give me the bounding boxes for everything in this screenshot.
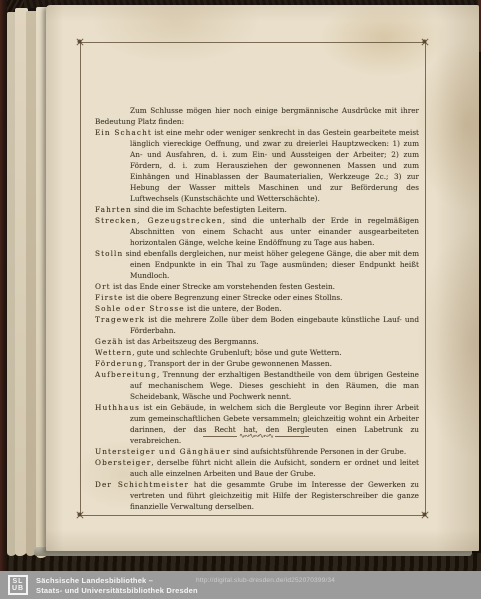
intro-line: Zum Schlusse mögen hier noch einige berg… [95,105,419,127]
glossary-text: Zum Schlusse mögen hier noch einige berg… [95,105,419,512]
glossary-definition: ist die obere Begrenzung einer Strecke o… [123,293,342,302]
library-name-line1: Sächsische Landesbibliothek – [36,576,198,586]
frame-corner-ornament [75,37,86,48]
glossary-entry: Ort ist das Ende einer Strecke am vorste… [95,281,419,292]
glossary-entry: Obersteiger, derselbe führt nicht allein… [95,457,419,479]
book-spine [0,0,7,578]
frame-corner-ornament [75,510,86,521]
glossary-term: Sohle oder Strosse [95,304,185,313]
glossary-entry: Wettern, gute und schlechte Grubenluft; … [95,347,419,358]
glossary-definition: , derselbe führt nicht allein die Aufsic… [130,458,419,478]
glossary-definition: ist die untere, der Boden. [185,304,282,313]
glossary-entry: Der Schichtmeister hat die gesammte Grub… [95,479,419,512]
glossary-entry: Förderung, Transport der in der Grube ge… [95,358,419,369]
glossary-entry: Tragewerk ist die mehrere Zolle über dem… [95,314,419,336]
glossary-term: Wettern [95,348,132,357]
glossary-term: Obersteiger [95,458,151,467]
glossary-definition: sind aufsichtsführende Personen in der G… [231,447,406,456]
glossary-term: Förderung [95,359,144,368]
glossary-definition: ist die mehrere Zolle über dem Boden ein… [130,315,419,335]
glossary-term: Huthhaus [95,403,140,412]
divider-rule [275,436,309,437]
ornament-divider: ∿∾∿∾∿∾∿ [178,430,334,442]
glossary-term: Aufbereitung [95,370,157,379]
glossary-term: Der Schichtmeister [95,480,189,489]
slub-logo: SL UB [8,575,28,595]
glossary-definition: , Trennung der erzhaltigen Bestandtheile… [130,370,419,401]
glossary-entry: Fahrten sind die im Schachte befestigten… [95,204,419,215]
book-scan-viewer: Zum Schlusse mögen hier noch einige berg… [0,0,481,599]
glossary-entry: Untersteiger und Gänghäuer sind aufsicht… [95,446,419,457]
library-banner: SL UB Sächsische Landesbibliothek – Staa… [0,571,481,599]
glossary-entry: Strecken, Gezeugstrecken, sind die unter… [95,215,419,248]
page-stack-edges [7,4,49,560]
glossary-definition: , Transport der in der Grube gewonnenen … [144,359,332,368]
digital-object-url: http://digital.slub-dresden.de/id2520703… [196,577,335,584]
glossary-entry: Stolln sind ebenfalls dergleichen, nur m… [95,248,419,281]
glossary-term: Stolln [95,249,123,258]
glossary-definition: ist das Ende einer Strecke am vorstehend… [111,282,335,291]
divider-rule [203,436,237,437]
glossary-term: Ort [95,282,111,291]
glossary-term: Fahrten [95,205,132,214]
glossary-definition: , gute und schlechte Grubenluft; böse un… [132,348,341,357]
glossary-definition: sind die im Schachte befestigten Leitern… [132,205,287,214]
glossary-term: Ein Schacht [95,128,152,137]
glossary-definition: ist eine mehr oder weniger senkrecht in … [130,128,419,203]
glossary-term: Gezäh [95,337,124,346]
glossary-term: Untersteiger und Gänghäuer [95,447,231,456]
glossary-entry: Firste ist die obere Begrenzung einer St… [95,292,419,303]
glossary-term: Firste [95,293,123,302]
glossary-entry: Gezäh ist das Arbeitszeug des Bergmanns. [95,336,419,347]
glossary-term: Strecken, Gezeugstrecken [95,216,223,225]
glossary-entry: Aufbereitung, Trennung der erzhaltigen B… [95,369,419,402]
frame-corner-ornament [420,510,431,521]
slub-logo-top: SL [10,578,26,585]
glossary-term: Tragewerk [95,315,145,324]
glossary-definition: sind ebenfalls dergleichen, nur meist hö… [123,249,419,280]
slub-logo-bottom: UB [10,585,26,592]
glossary-definition: ist das Arbeitszeug des Bergmanns. [124,337,259,346]
frame-corner-ornament [420,37,431,48]
library-name-line2: Staats- und Universitätsbibliothek Dresd… [36,586,198,596]
glossary-entry: Sohle oder Strosse ist die untere, der B… [95,303,419,314]
glossary-entries: Ein Schacht ist eine mehr oder weniger s… [95,127,419,512]
library-name: Sächsische Landesbibliothek – Staats- un… [36,576,198,595]
glossary-entry: Ein Schacht ist eine mehr oder weniger s… [95,127,419,204]
scroll-ornament-icon: ∿∾∿∾∿∾∿ [237,432,275,440]
